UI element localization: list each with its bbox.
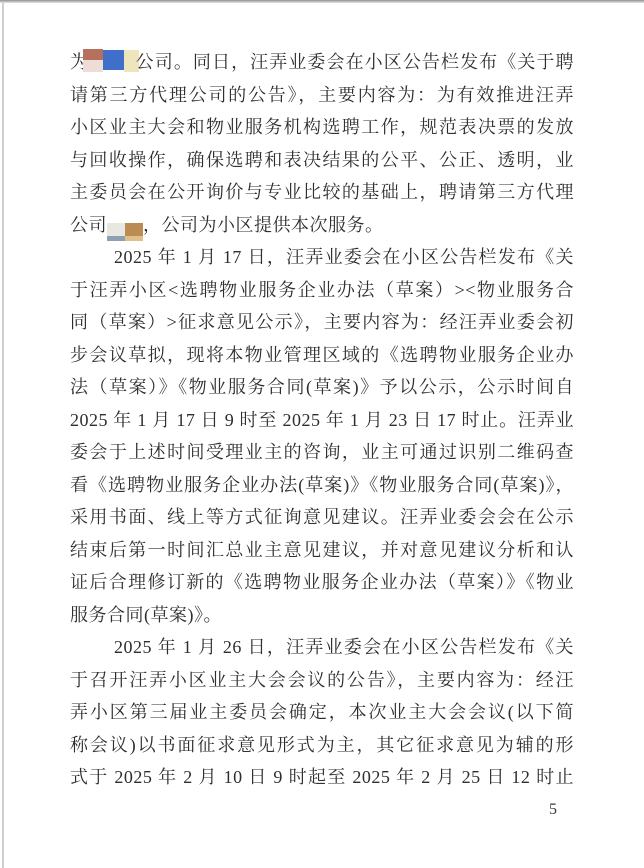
line-text: 公司。同日，汪弄业委会在小区公告栏发布《关于聘 bbox=[135, 52, 574, 72]
page-top-edge bbox=[0, 0, 644, 3]
text-line: 于召开汪弄小区业主大会会议的公告》，主要内容为：经汪 bbox=[70, 664, 574, 697]
line-text: 公司 bbox=[70, 215, 107, 235]
text-line: 为公司。同日，汪弄业委会在小区公告栏发布《关于聘 bbox=[70, 46, 574, 79]
page-left-edge bbox=[2, 3, 4, 868]
text-line: 弄小区第三届业主委员会确定，本次业主大会会议(以下简 bbox=[70, 696, 574, 729]
text-line: 式于 2025 年 2 月 10 日 9 时起至 2025 年 2 月 25 日… bbox=[70, 761, 574, 794]
redaction-mosaic bbox=[107, 223, 143, 241]
line-text: ，公司为小区提供本次服务。 bbox=[143, 215, 384, 235]
redaction-block bbox=[83, 49, 103, 72]
text-line: 2025 年 1 月 17 日 9 时至 2025 年 1 月 23 日 17 … bbox=[70, 404, 574, 437]
text-line: 主委员会在公开询价与专业比较的基础上，聘请第三方代理 bbox=[70, 176, 574, 209]
text-line: 小区业主大会和物业服务机构选聘工作，规范表决票的发放 bbox=[70, 111, 574, 144]
text-line: 与回收操作，确保选聘和表决结果的公平、公正、透明，业 bbox=[70, 144, 574, 177]
text-line: 看《选聘物业服务企业办法(草案)》《物业服务合同(草案)》， bbox=[70, 469, 574, 502]
text-line: 2025 年 1 月 17 日，汪弄业委会在小区公告栏发布《关 bbox=[70, 241, 574, 274]
document-body: 为公司。同日，汪弄业委会在小区公告栏发布《关于聘 请第三方代理公司的公告》，主要… bbox=[70, 46, 574, 794]
text-line: 2025 年 1 月 26 日，汪弄业委会在小区公告栏发布《关 bbox=[70, 631, 574, 664]
text-line: 请第三方代理公司的公告》，主要内容为：为有效推进汪弄 bbox=[70, 79, 574, 112]
page-number: 5 bbox=[543, 801, 563, 819]
text-line: 称会议)以书面征求意见形式为主，其它征求意见为辅的形 bbox=[70, 729, 574, 762]
text-line: 服务合同(草案)》。 bbox=[70, 599, 574, 632]
text-line: 法（草案）》《物业服务合同(草案)》予以公示，公示时间自 bbox=[70, 371, 574, 404]
text-line: 委会于上述时间受理业主的咨询，业主可通过识别二维码查 bbox=[70, 436, 574, 469]
text-line: 公司，公司为小区提供本次服务。 bbox=[70, 209, 574, 242]
text-line: 于汪弄小区<选聘物业服务企业办法（草案）><物业服务合 bbox=[70, 274, 574, 307]
text-line: 同（草案）>征求意见公示》，主要内容为：经汪弄业委会初 bbox=[70, 306, 574, 339]
text-line: 结束后第一时间汇总业主意见建议，并对意见建议分析和认 bbox=[70, 534, 574, 567]
text-line: 步会议草拟，现将本物业管理区域的《选聘物业服务企业办 bbox=[70, 339, 574, 372]
redaction-block bbox=[103, 50, 124, 70]
text-line: 证后合理修订新的《选聘物业服务企业办法（草案）》《物业 bbox=[70, 566, 574, 599]
text-line: 采用书面、线上等方式征询意见建议。汪弄业委会会在公示 bbox=[70, 501, 574, 534]
